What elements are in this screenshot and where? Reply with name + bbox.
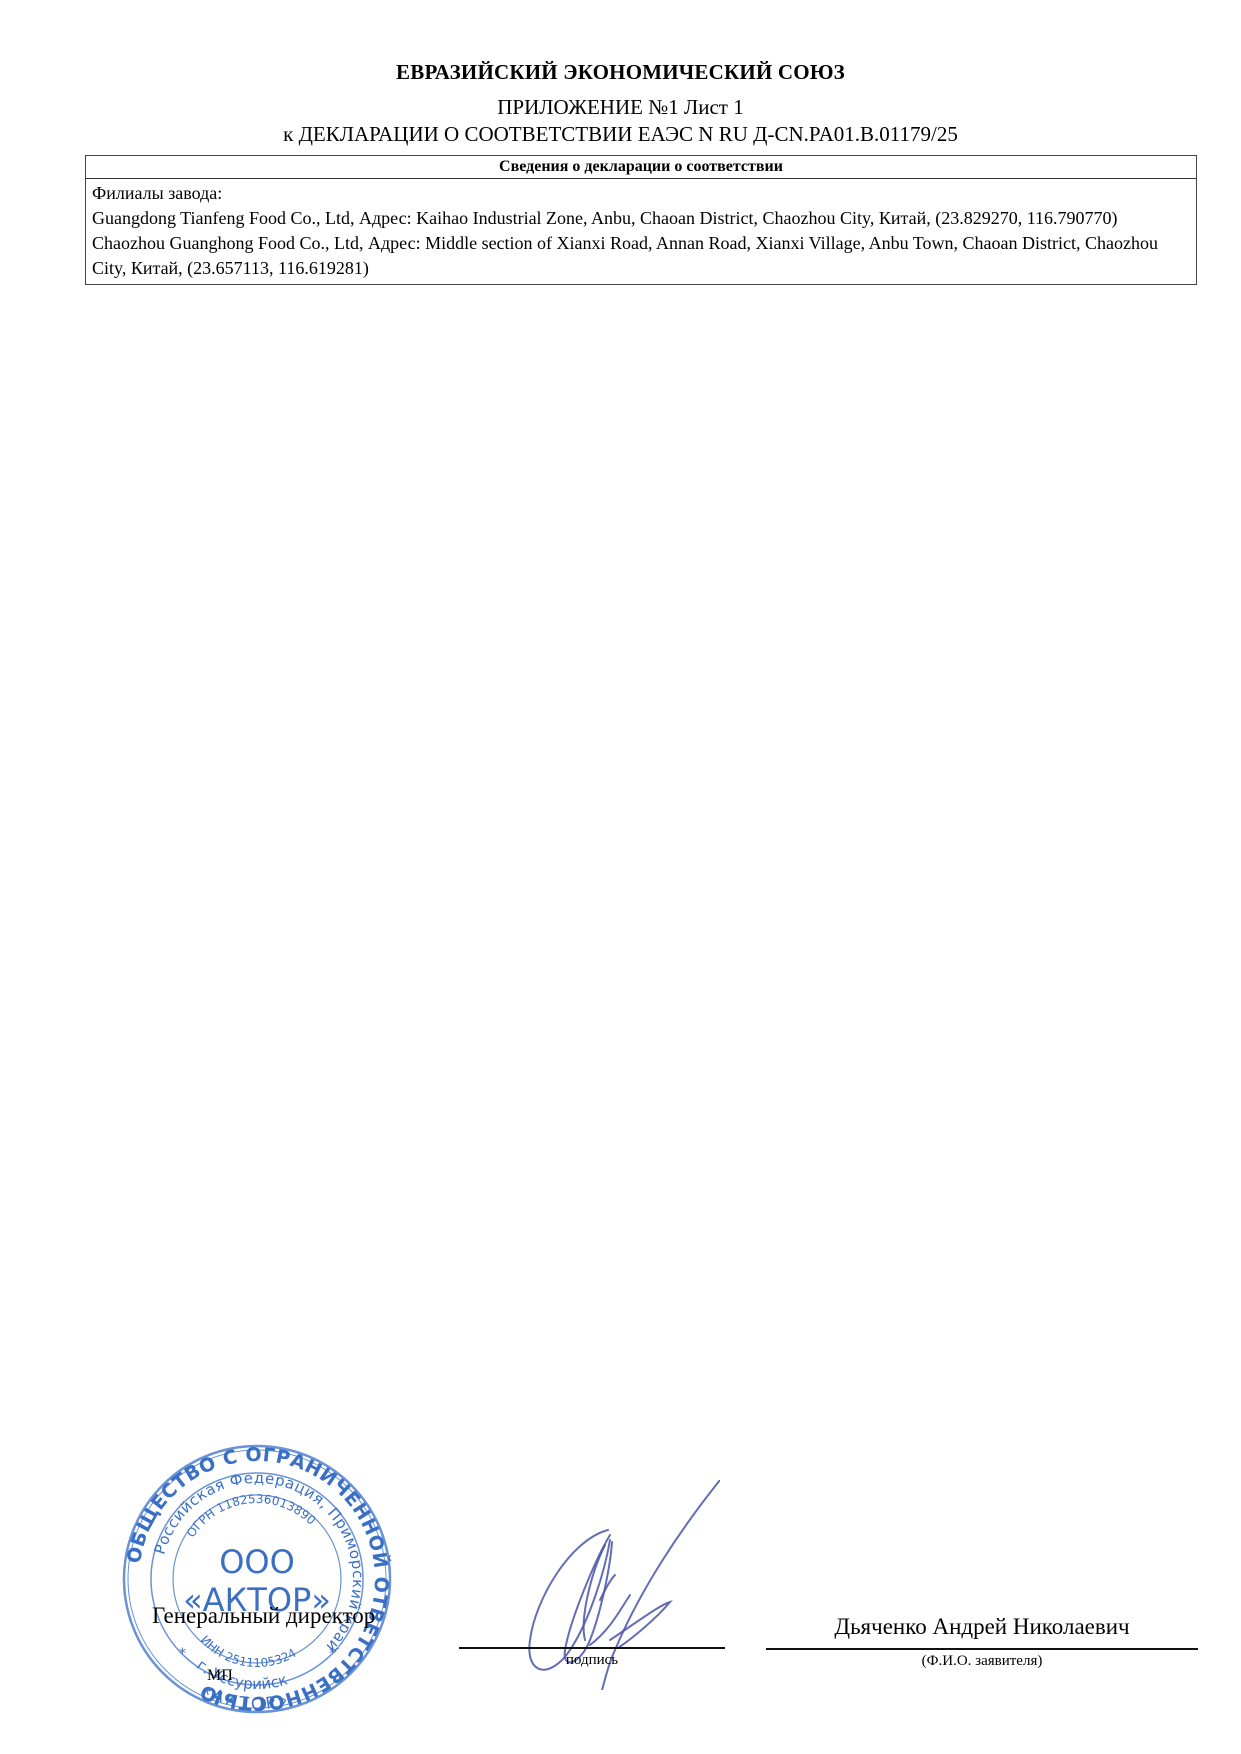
declaration-number: к ДЕКЛАРАЦИИ О СООТВЕТСТВИИ ЕАЭС N RU Д-…: [0, 122, 1241, 147]
svg-text:*: *: [329, 1646, 336, 1662]
union-title: ЕВРАЗИЙСКИЙ ЭКОНОМИЧЕСКИЙ СОЮЗ: [0, 60, 1241, 85]
signature-line: [459, 1647, 725, 1649]
name-caption: (Ф.И.О. заявителя): [766, 1653, 1198, 1670]
name-line: [766, 1648, 1198, 1650]
applicant-name: Дьяченко Андрей Николаевич: [766, 1614, 1198, 1640]
svg-text:*: *: [179, 1646, 186, 1662]
company-stamp-icon: ОБЩЕСТВО С ОГРАНИЧЕННОЙ ОТВЕТСТВЕННОСТЬЮ…: [121, 1443, 393, 1715]
stamp-org-short: ООО: [219, 1543, 295, 1581]
branch-item: Guangdong Tianfeng Food Co., Ltd, Адрес:…: [92, 206, 1190, 231]
signature-caption: подпись: [459, 1652, 725, 1669]
branch-item: Chaozhou Guanghong Food Co., Ltd, Адрес:…: [92, 231, 1190, 281]
declaration-info-table: Сведения о декларации о соответствии Фил…: [85, 155, 1197, 285]
table-heading: Сведения о декларации о соответствии: [86, 156, 1196, 179]
seal-label: МП: [207, 1667, 233, 1685]
signer-role: Генеральный директор: [152, 1603, 375, 1629]
branches-label: Филиалы завода:: [92, 181, 1190, 206]
appendix-title: ПРИЛОЖЕНИЕ №1 Лист 1: [0, 95, 1241, 120]
table-body: Филиалы завода: Guangdong Tianfeng Food …: [86, 179, 1196, 284]
